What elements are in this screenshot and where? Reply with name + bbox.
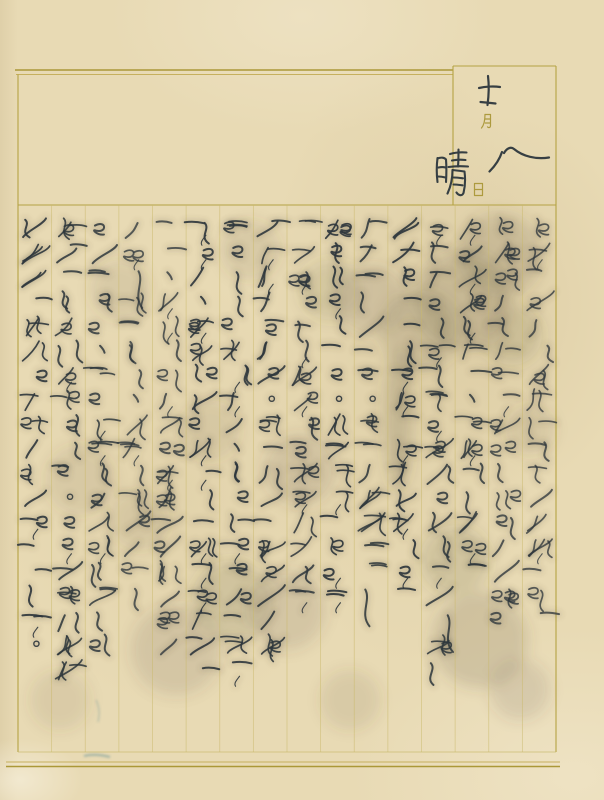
day-number-handwritten xyxy=(490,148,550,172)
month-number-handwritten xyxy=(479,76,500,105)
month-label-printed xyxy=(482,115,491,129)
text-column-smudge xyxy=(152,221,186,654)
weather-mark xyxy=(437,150,468,196)
date-box xyxy=(475,76,550,196)
manuscript-svg xyxy=(0,0,604,800)
text-column-smudge xyxy=(18,218,52,646)
day-label-printed xyxy=(475,184,483,196)
diary-page xyxy=(0,0,604,800)
